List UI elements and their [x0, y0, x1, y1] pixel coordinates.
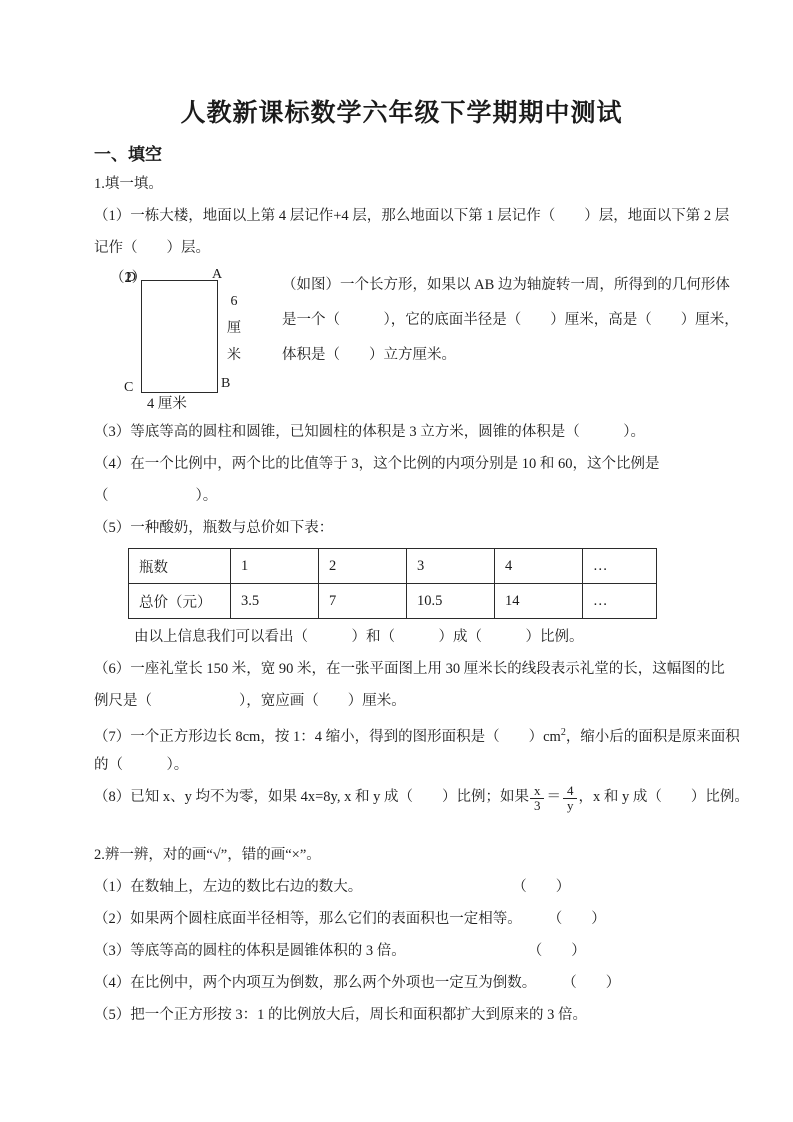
table-cell: … [583, 584, 657, 619]
q1-item8: （8）已知 x、y 均不为零，如果 4x=8y, x 和 y 成（ ）比例；如果… [94, 781, 709, 813]
rectangle-shape [141, 280, 218, 393]
table-cell: 2 [319, 549, 407, 584]
corner-label-b: B [221, 376, 230, 392]
price-table: 瓶数 1 2 3 4 … 总价（元） 3.5 7 10.5 14 … [128, 548, 657, 619]
q2-item1: （1）在数轴上，左边的数比右边的数大。（ ） [94, 871, 709, 903]
page-title: 人教新课标数学六年级下学期期中测试 [94, 96, 709, 132]
table-cell: 3 [407, 549, 495, 584]
q1-item2-block: （2） D A C B 6 厘 米 4 厘米 （如图）一个长方形，如果以 AB … [94, 266, 709, 412]
q2-item4: （4）在比例中，两个内项互为倒数，那么两个外项也一定互为倒数。（ ） [94, 967, 709, 999]
table-cell: 总价（元） [129, 584, 231, 619]
table-cell: 3.5 [231, 584, 319, 619]
table-cell: 10.5 [407, 584, 495, 619]
corner-label-a: A [212, 267, 222, 283]
q2-item5: （5）把一个正方形按 3：1 的比例放大后，周长和面积都扩大到原来的 3 倍。 [94, 999, 709, 1031]
table-cell: … [583, 549, 657, 584]
q1-item2-text: （如图）一个长方形，如果以 AB 边为轴旋转一周，所得到的几何形体 是一个（ ）… [282, 266, 739, 412]
table-row-bottles: 瓶数 1 2 3 4 … [129, 549, 657, 584]
table-cell: 4 [495, 549, 583, 584]
q1-item4-line2: （ ）。 [94, 480, 709, 512]
q1-item5-conclusion: 由以上信息我们可以看出（ ）和（ ）成（ ）比例。 [134, 621, 709, 653]
q2-item2: （2）如果两个圆柱底面半径相等，那么它们的表面积也一定相等。（ ） [94, 903, 709, 935]
corner-label-d: D [126, 270, 136, 286]
q1-item7-line2: 的（ ）。 [94, 749, 709, 781]
q1-item4-line1: （4）在一个比例中，两个比的比值等于 3，这个比例的内项分别是 10 和 60，… [94, 448, 709, 480]
corner-label-c: C [124, 380, 133, 396]
table-cell: 1 [231, 549, 319, 584]
unit-cm: cm [543, 729, 561, 745]
q2-item3: （3）等底等高的圆柱的体积是圆锥体积的 3 倍。（ ） [94, 935, 709, 967]
q1-item1-line1: （1）一栋大楼，地面以上第 4 层记作+4 层，那么地面以下第 1 层记作（ ）… [94, 200, 709, 232]
table-cell: 瓶数 [129, 549, 231, 584]
fraction-4-over-y: 4y [563, 784, 578, 813]
q1-item1-line2: 记作（ ）层。 [94, 232, 709, 264]
section-heading-fill: 一、填空 [94, 142, 709, 168]
answer-slot: （ ） [528, 935, 586, 967]
q1-item7-line1: （7）一个正方形边长 8cm，按 1：4 缩小，得到的图形面积是（ ）cm2，缩… [94, 717, 709, 749]
answer-slot: （ ） [548, 903, 606, 935]
q2-block: 2.辨一辨，对的画“√”，错的画“×”。 （1）在数轴上，左边的数比右边的数大。… [94, 839, 709, 1031]
table-cell: 14 [495, 584, 583, 619]
q1-item2-line2: 是一个（ ），它的底面半径是（ ）厘米，高是（ ）厘米， [282, 303, 739, 338]
table-row-price: 总价（元） 3.5 7 10.5 14 … [129, 584, 657, 619]
q1-item6-line1: （6）一座礼堂长 150 米，宽 90 米，在一张平面图上用 30 厘米长的线段… [94, 653, 709, 685]
q1-item6-line2: 例尺是（ ），宽应画（ ）厘米。 [94, 685, 709, 717]
document-page: 人教新课标数学六年级下学期期中测试 一、填空 1.填一填。 （1）一栋大楼，地面… [0, 0, 793, 1122]
q1-item2-line3: 体积是（ ）立方厘米。 [282, 338, 739, 373]
bottom-length-label: 4 厘米 [147, 392, 187, 413]
q2-intro: 2.辨一辨，对的画“√”，错的画“×”。 [94, 839, 709, 871]
q1-item2-line1: （如图）一个长方形，如果以 AB 边为轴旋转一周，所得到的几何形体 [282, 268, 739, 303]
side-length-label: 6 厘 米 [227, 288, 241, 369]
table-cell: 7 [319, 584, 407, 619]
answer-slot: （ ） [512, 871, 570, 903]
equals-sign: ＝ [546, 781, 561, 813]
rectangle-figure: （2） D A C B 6 厘 米 4 厘米 [94, 266, 282, 412]
fraction-x-over-3: x3 [530, 784, 545, 813]
q1-item5-intro: （5）一种酸奶，瓶数与总价如下表： [94, 512, 709, 544]
document-content: 人教新课标数学六年级下学期期中测试 一、填空 1.填一填。 （1）一栋大楼，地面… [94, 96, 709, 1031]
q1-item3: （3）等底等高的圆柱和圆锥，已知圆柱的体积是 3 立方米，圆锥的体积是（ ）。 [94, 416, 709, 448]
q1-intro: 1.填一填。 [94, 168, 709, 200]
answer-slot: （ ） [562, 967, 620, 999]
